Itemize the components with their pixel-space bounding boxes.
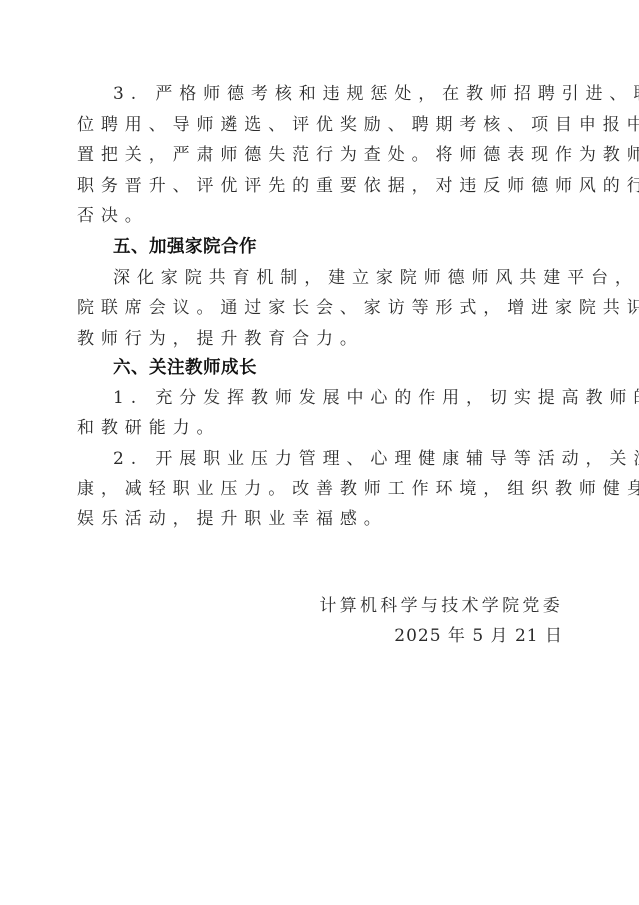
paragraph-section-6-item-2-line-1: 2. 开展职业压力管理、心理健康辅导等活动，关注教师心理健 [113, 444, 567, 474]
paragraph-section-5-line-1: 深化家院共育机制，建立家院师德师风共建平台，定期召开家 [113, 263, 567, 293]
paragraph-item-3-line-1: 3. 严格师德考核和违规惩处，在教师招聘引进、职称评审、 岗 [113, 79, 567, 109]
paragraph-section-6-item-1-line-1: 1. 充分发挥教师发展中心的作用，切实提高教师的执教能力 [113, 383, 567, 413]
section-heading-6: 六、关注教师成长 [113, 353, 603, 383]
paragraph-item-3-line-4: 职务晋升、评优评先的重要依据，对违反师德师风的行为实行一票 [77, 171, 567, 201]
signature-date: 2025 年 5 月 21 日 [394, 621, 563, 651]
paragraph-section-6-item-1-line-2: 和教研能力。 [77, 413, 567, 443]
document-page: 3. 严格师德考核和违规惩处，在教师招聘引进、职称评审、 岗 位聘用、导师遴选、… [0, 0, 639, 905]
paragraph-section-5-line-2: 院联席会议。通过家长会、家访等形式，增进家院共识，共同监督 [77, 293, 567, 323]
paragraph-section-5-line-3: 教师行为，提升教育合力。 [77, 324, 567, 354]
paragraph-section-6-item-2-line-3: 娱乐活动，提升职业幸福感。 [77, 504, 567, 534]
paragraph-item-3-line-5: 否决。 [77, 201, 567, 231]
paragraph-section-6-item-2-line-2: 康，减轻职业压力。改善教师工作环境，组织教师健身活动和文化 [77, 474, 567, 504]
paragraph-item-3-line-2: 位聘用、导师遴选、评优奖励、聘期考核、项目申报中进行师德前 [77, 110, 567, 140]
section-heading-5: 五、加强家院合作 [113, 232, 603, 262]
paragraph-item-3-line-3: 置把关，严肃师德失范行为查处。将师德表现作为教师职称评定、 [77, 140, 567, 170]
signature-organization: 计算机科学与技术学院党委 [319, 591, 563, 621]
